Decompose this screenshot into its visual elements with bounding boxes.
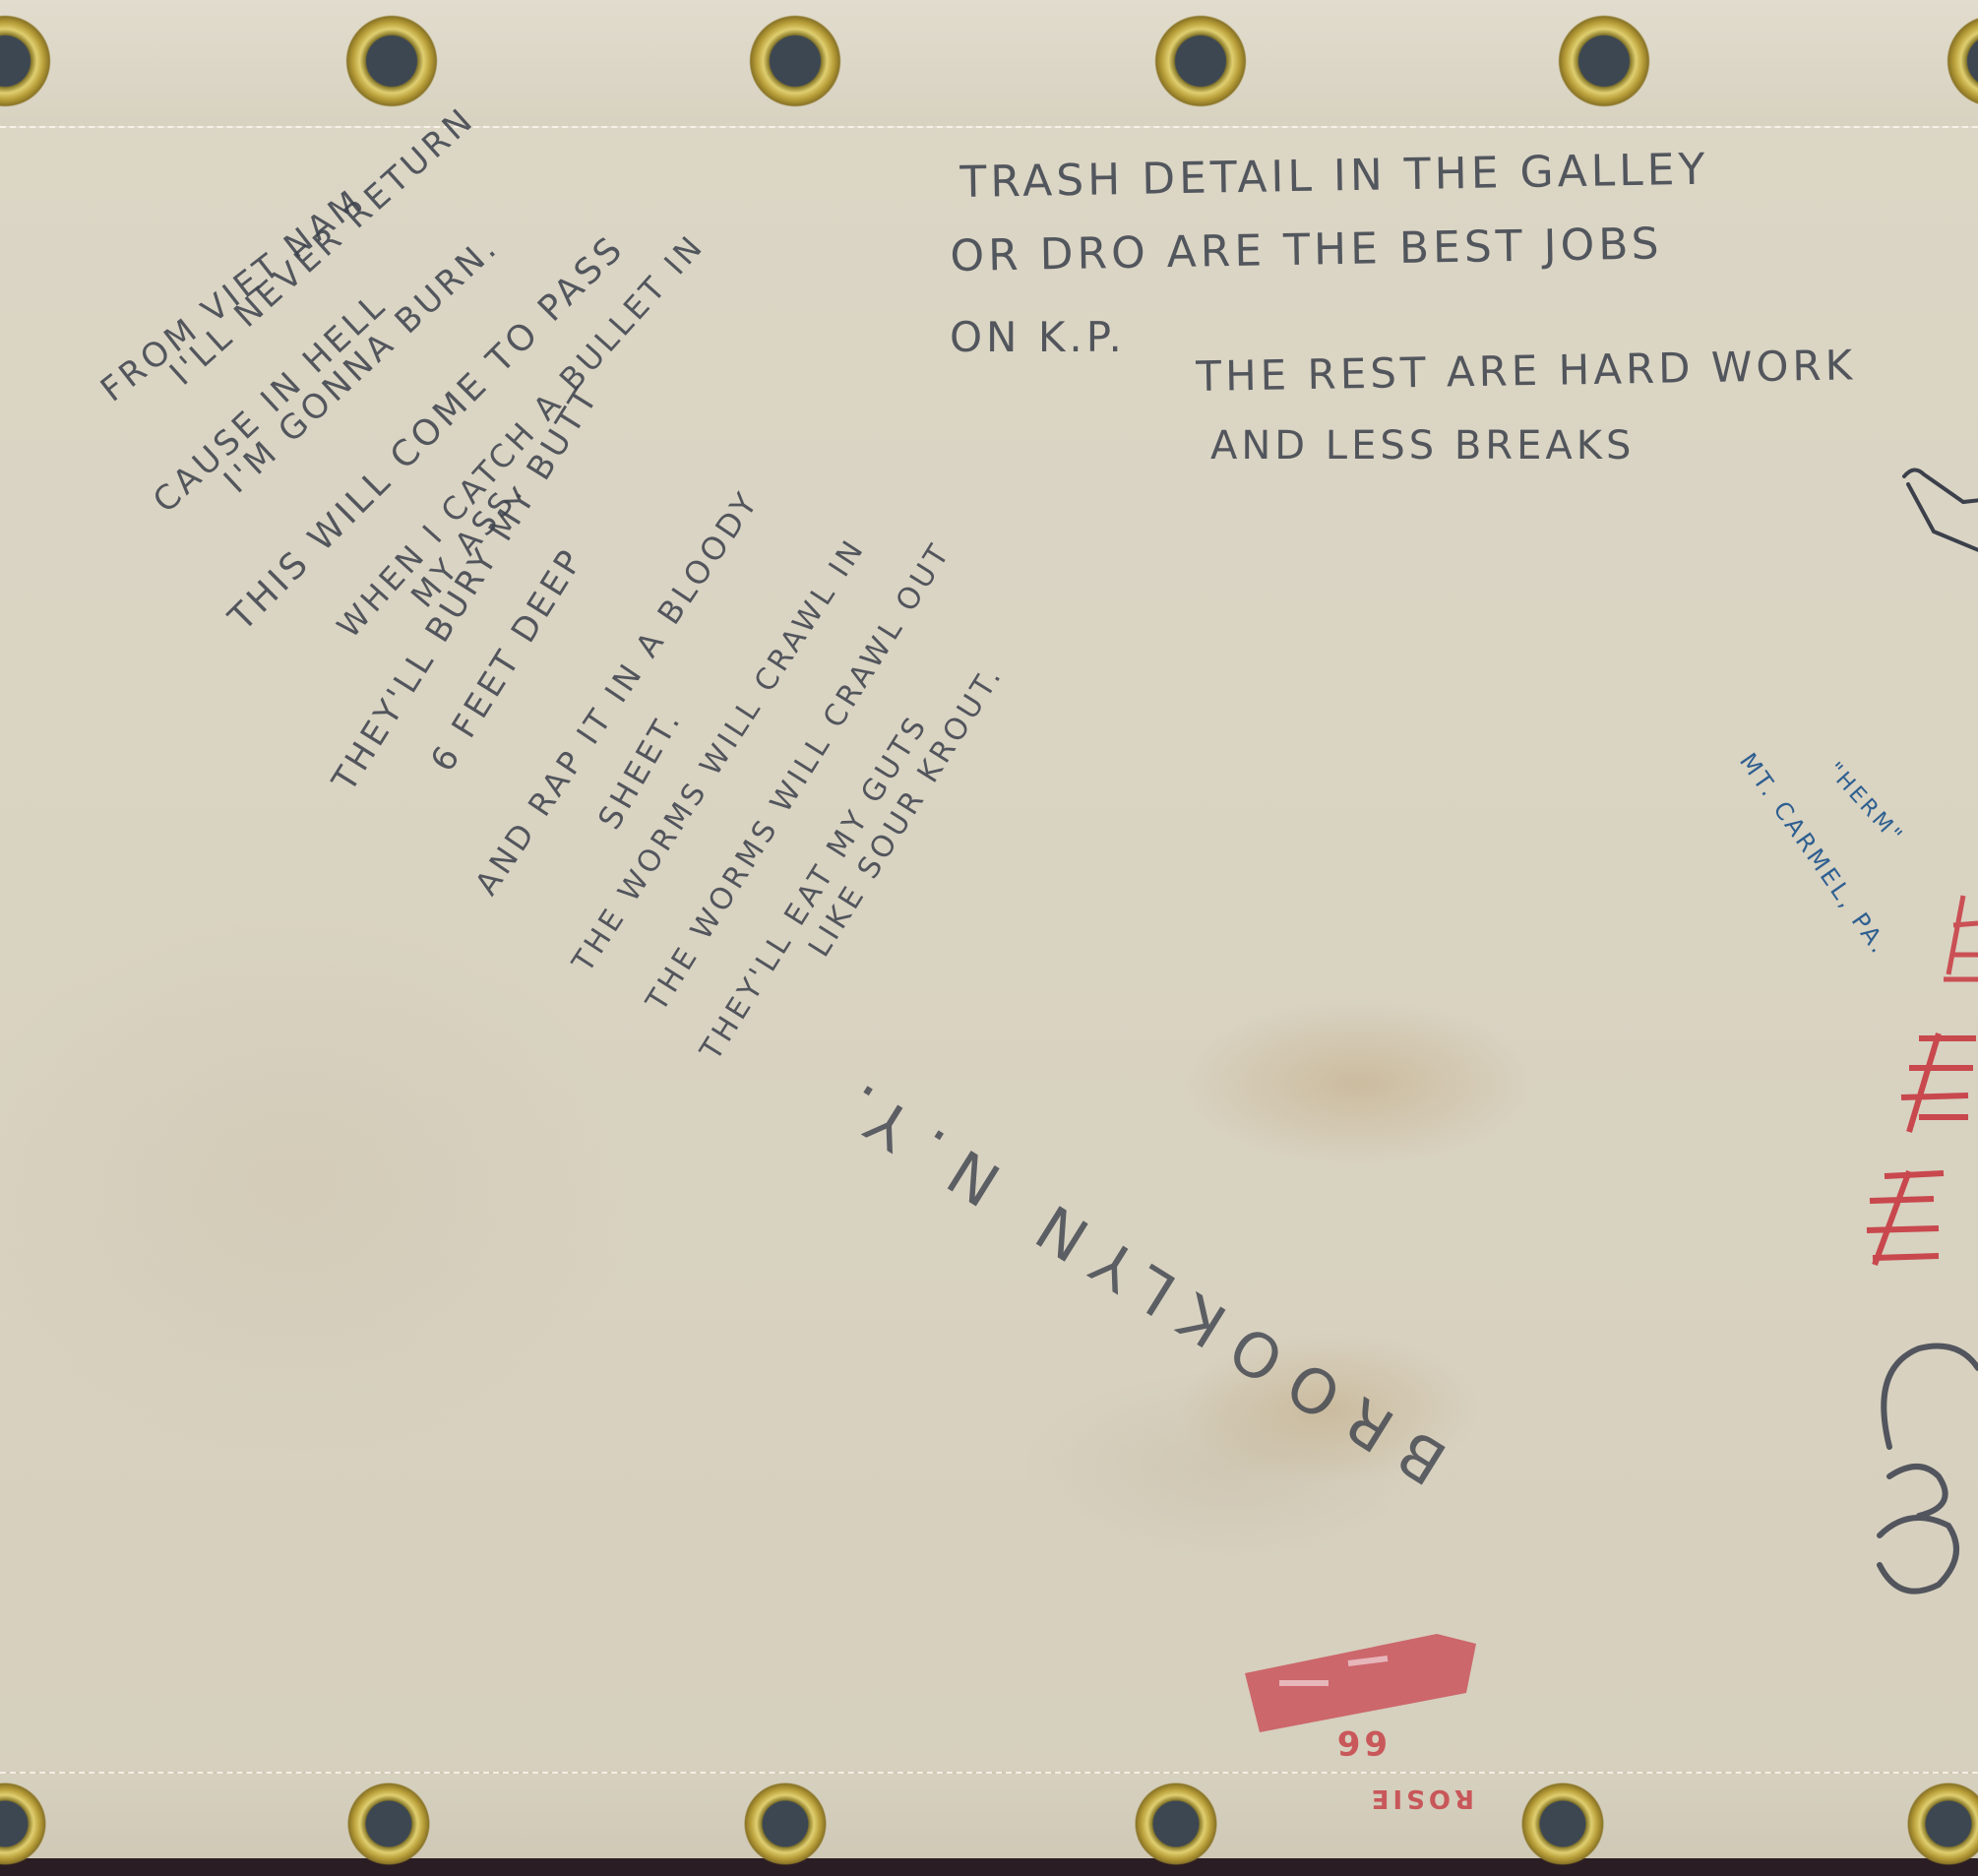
foot-sketch-icon (1894, 463, 1978, 571)
bottom-hem (0, 1772, 1978, 1867)
tally-icon (1889, 1024, 1978, 1142)
bottom-edge-shadow (0, 1858, 1978, 1876)
red-sketch-number: 66 (1333, 1722, 1388, 1762)
kp-note-line: ON K.P. (950, 313, 1126, 361)
grommet-icon (1132, 1780, 1220, 1868)
tally-icon (1855, 1161, 1953, 1270)
grommet-icon (1151, 12, 1250, 110)
grommet-icon (344, 1780, 433, 1868)
red-drawing-icon (1240, 1614, 1486, 1732)
grommet-icon (342, 12, 441, 110)
top-hem (0, 0, 1978, 128)
tally-icon (1944, 866, 1978, 984)
grommet-icon (1555, 12, 1653, 110)
large-scrawl-icon (1850, 1329, 1978, 1614)
grommet-icon (1518, 1780, 1607, 1868)
red-sketch-caption: ROSIE (1368, 1783, 1474, 1813)
kp-note-line: AND LESS BREAKS (1210, 423, 1635, 469)
grommet-icon (741, 1780, 830, 1868)
grommet-icon (746, 12, 844, 110)
